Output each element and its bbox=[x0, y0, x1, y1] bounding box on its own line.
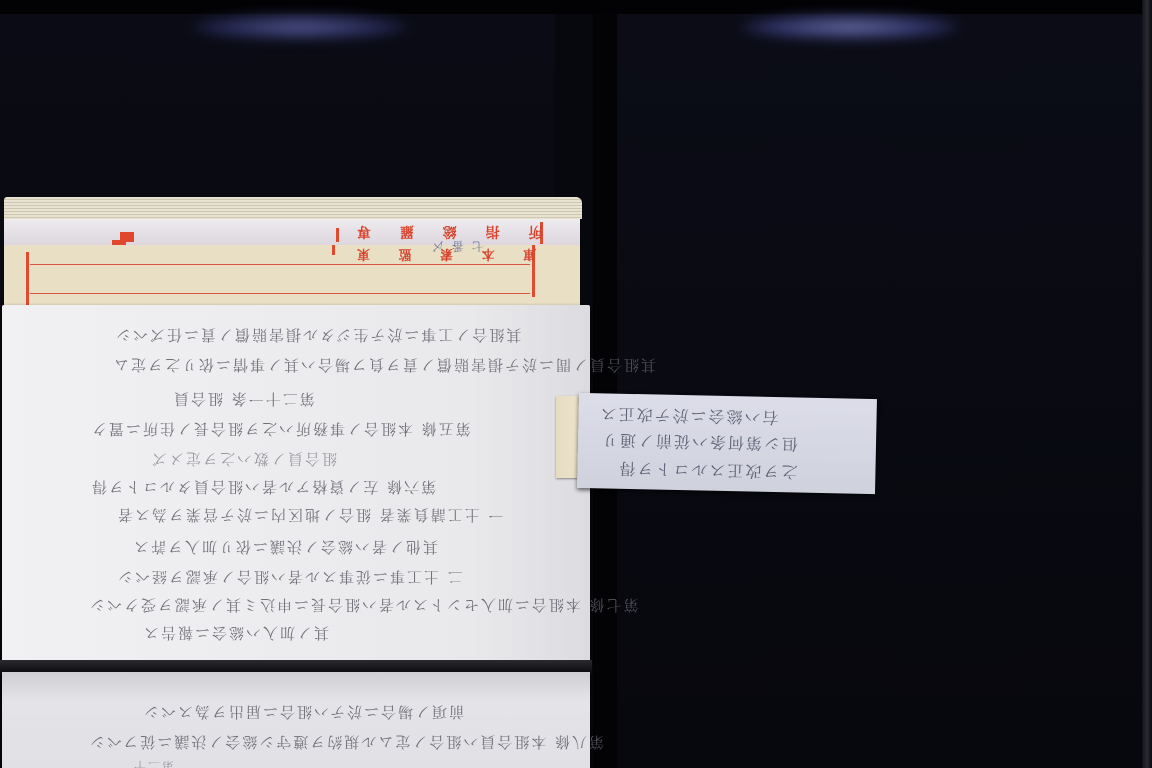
handwritten-line: 其他ノ者ハ総会ノ決議ニ依リ加入ヲ許ス bbox=[132, 537, 438, 558]
handwritten-line: 二 土工事ニ従事スル者ハ組合ノ承認ヲ経ベシ bbox=[116, 567, 463, 588]
upper-page: 其組合ノ工事ニ於テ生ジタル損害賠償ノ責ニ任ズベシ 其組合員ノ間ニ於テ損害賠償ノ責… bbox=[2, 305, 590, 662]
light-glare-left bbox=[190, 14, 410, 40]
case-right-panel bbox=[617, 14, 1142, 768]
handwritten-line: 前項ノ場合ニ於テハ組合ニ届出ヲ為スベシ bbox=[142, 702, 464, 723]
handwritten-line: 第八條 本組合員ハ組合ノ定ムル規約ヲ遵守シ総会ノ決議ニ従フベシ bbox=[88, 732, 604, 753]
slip-line: 但シ第何条ハ従前ノ通リ bbox=[600, 429, 798, 456]
slip-line: 之ヲ改正スルコトヲ得 bbox=[617, 458, 797, 485]
slip-line: 右ハ総会ニ於テ改正ス bbox=[598, 403, 778, 430]
red-rule bbox=[30, 293, 530, 294]
handwritten-line: 第六條 左ノ資格アル者ハ組合員タルコトヲ得 bbox=[90, 477, 436, 498]
handwritten-line: 第二十一条 組合員 bbox=[172, 389, 315, 410]
page-edges bbox=[4, 197, 582, 219]
handwritten-line: 第五條 本組合ノ事務所ハ之ヲ組合長ノ住所ニ置ク bbox=[90, 419, 471, 440]
light-glare-right bbox=[740, 14, 960, 40]
lower-page: 前項ノ場合ニ於テハ組合ニ届出ヲ為スベシ 第八條 本組合員ハ組合ノ定ムル規約ヲ遵守… bbox=[2, 672, 590, 768]
red-rule bbox=[26, 252, 29, 308]
handwritten-line: 其ノ加入ハ総会ニ報告ス bbox=[142, 623, 329, 644]
case-top-frame bbox=[0, 0, 1152, 14]
handwritten-line: 其組合ノ工事ニ於テ生ジタル損害賠償ノ責ニ任ズベシ bbox=[114, 325, 521, 346]
handwritten-line: 第二十 bbox=[132, 758, 174, 768]
case-right-edge bbox=[1142, 0, 1152, 768]
handwritten-line: 組合員ノ数ハ之ヲ定メズ bbox=[150, 449, 337, 470]
handwritten-line: 其組合員ノ間ニ於テ損害賠償ノ責ヲ負フ場合ハ其ノ事情ニ依リ之ヲ定ム bbox=[112, 355, 656, 376]
red-tab-marker bbox=[120, 232, 134, 242]
case-divider bbox=[593, 14, 617, 768]
handwritten-line: 一 土工請負業者 組合ノ地区内ニ於テ営業ヲ為ス者 bbox=[116, 505, 504, 526]
handwritten-line: 第七條 本組合ニ加入セントスル者ハ組合長ニ申込ミ其ノ承認ヲ受クベシ bbox=[88, 595, 639, 616]
attached-note-slip: 右ハ総会ニ於テ改正ス 但シ第何条ハ従前ノ通リ 之ヲ改正スルコトヲ得 bbox=[577, 393, 877, 494]
pencil-note: 七 番 〆 bbox=[430, 238, 484, 255]
red-rule bbox=[332, 245, 335, 255]
red-rule bbox=[336, 228, 339, 242]
